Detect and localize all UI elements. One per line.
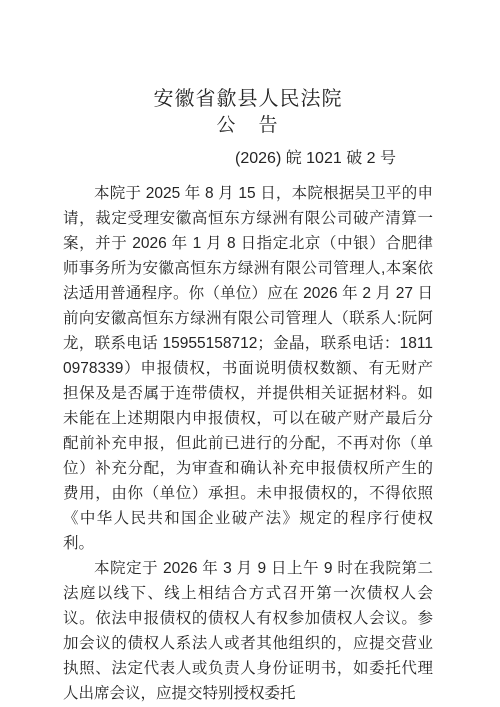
court-announcement-document: 安徽省歙县人民法院 公 告 (2026) 皖 1021 破 2 号 本院于 20… <box>0 0 500 707</box>
paragraph-claim-filing: 本院于 2025 年 8 月 15 日，本院根据吴卫平的申请，裁定受理安徽高恒东… <box>63 181 433 556</box>
paragraph-creditors-meeting: 本院定于 2026 年 3 月 9 日上午 9 时在我院第二法庭以线下、线上相结… <box>63 556 433 706</box>
document-title: 公 告 <box>63 115 433 136</box>
court-name: 安徽省歙县人民法院 <box>63 88 433 110</box>
case-number: (2026) 皖 1021 破 2 号 <box>63 150 433 168</box>
